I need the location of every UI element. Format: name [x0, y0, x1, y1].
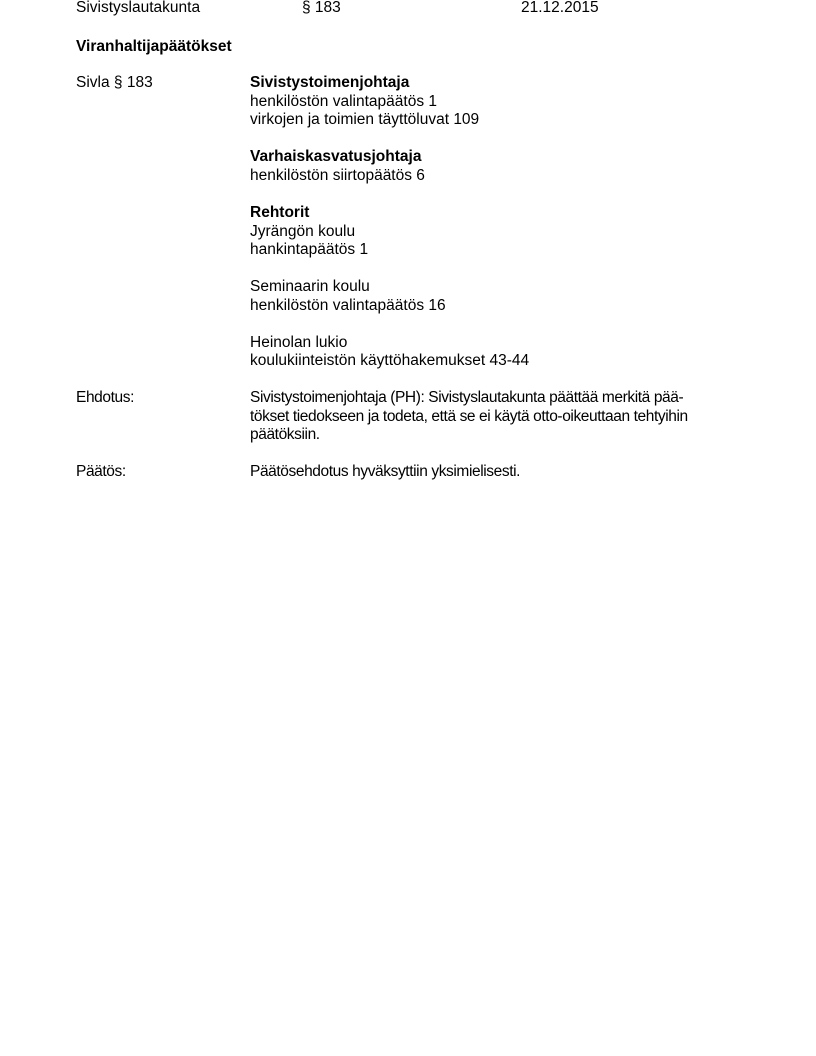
- subgroup-line: henkilöstön valintapäätös 16: [250, 297, 529, 316]
- proposal-line: tökset tiedokseen ja todeta, että se ei …: [250, 408, 688, 427]
- subgroup-name: Jyrängön koulu: [250, 223, 529, 242]
- decision-label: Päätös:: [76, 463, 126, 482]
- header-date: 21.12.2015: [521, 0, 599, 18]
- subgroup-name: Seminaarin koulu: [250, 278, 529, 297]
- proposal-line: Sivistystoimenjohtaja (PH): Sivistyslaut…: [250, 389, 688, 408]
- group-line: henkilöstön valintapäätös 1: [250, 93, 479, 112]
- group-heading: Varhaiskasvatusjohtaja: [250, 148, 425, 167]
- group-heading: Sivistystoimenjohtaja: [250, 74, 479, 93]
- group-line: virkojen ja toimien täyttöluvat 109: [250, 111, 479, 130]
- header-committee: Sivistyslautakunta: [76, 0, 200, 18]
- group-rehtorit: Rehtorit Jyrängön koulu hankintapäätös 1…: [250, 204, 529, 371]
- decision-text: Päätösehdotus hyväksyttiin yksimielisest…: [250, 463, 520, 482]
- proposal-text: Sivistystoimenjohtaja (PH): Sivistyslaut…: [250, 389, 688, 445]
- header-section: § 183: [302, 0, 341, 18]
- group-sivistystoimenjohtaja: Sivistystoimenjohtaja henkilöstön valint…: [250, 74, 479, 130]
- proposal-label: Ehdotus:: [76, 389, 134, 408]
- group-heading: Rehtorit: [250, 204, 529, 223]
- reference-label: Sivla § 183: [76, 74, 153, 93]
- group-line: henkilöstön siirtopäätös 6: [250, 167, 425, 186]
- subgroup-name: Heinolan lukio: [250, 334, 529, 353]
- proposal-line: päätöksiin.: [250, 426, 688, 445]
- page-title: Viranhaltijapäätökset: [76, 38, 232, 57]
- subgroup-line: koulukiinteistön käyttöhakemukset 43-44: [250, 352, 529, 371]
- group-varhaiskasvatusjohtaja: Varhaiskasvatusjohtaja henkilöstön siirt…: [250, 148, 425, 185]
- subgroup-line: hankintapäätös 1: [250, 241, 529, 260]
